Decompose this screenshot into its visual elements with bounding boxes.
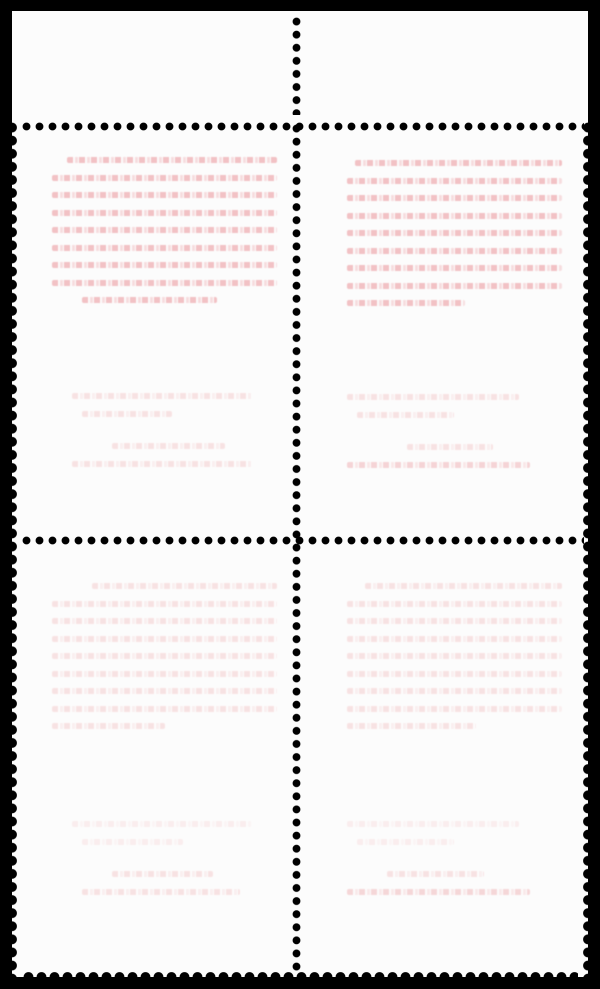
stamp-block: [12, 11, 588, 977]
stamp-top-left: [52, 151, 277, 511]
top-perforation-row: [20, 122, 584, 131]
stamp-top-right: [347, 154, 562, 514]
stamp-bottom-right: [347, 579, 562, 939]
stamp-bottom-left: [52, 579, 277, 939]
margin-perforation: [292, 15, 301, 115]
center-perforation-column: [292, 122, 301, 972]
left-perforated-edge: [12, 121, 22, 977]
right-perforated-edge: [578, 121, 588, 977]
bottom-perforated-edge: [22, 967, 578, 977]
middle-perforation-row: [20, 536, 584, 545]
